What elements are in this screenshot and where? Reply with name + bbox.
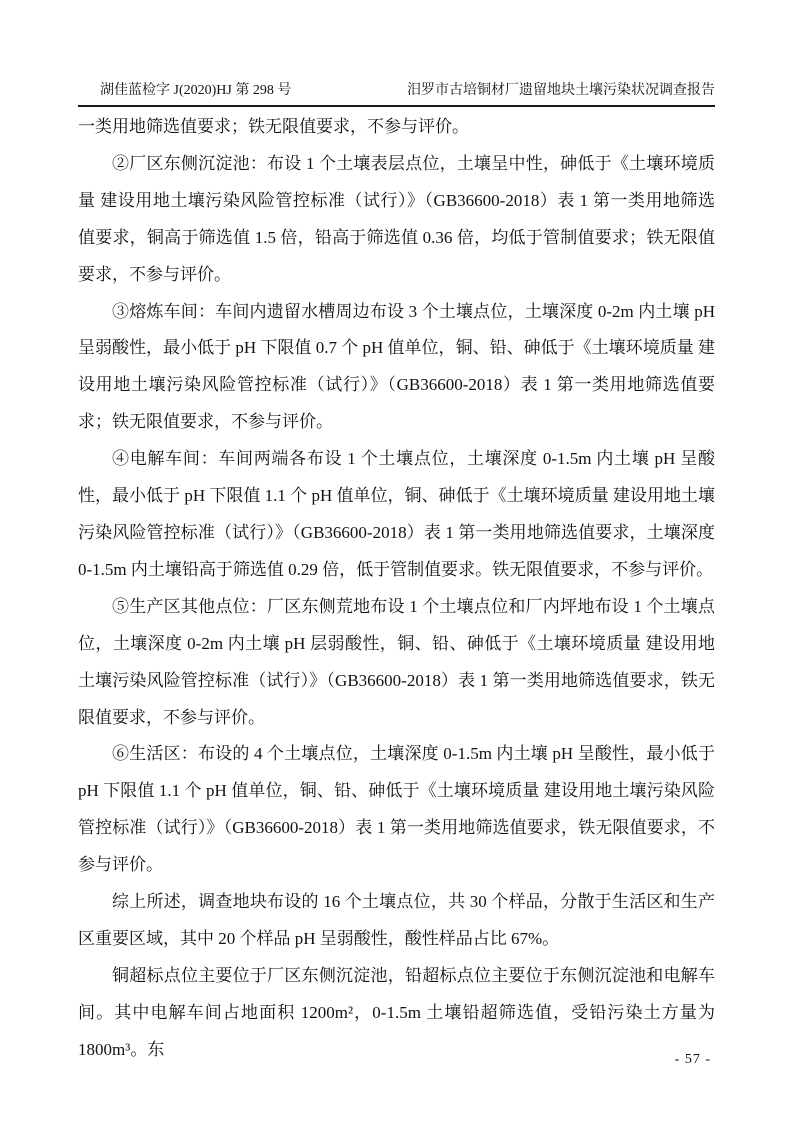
header-report-title: 汨罗市古培铜材厂遗留地块土壤污染状况调查报告 xyxy=(407,82,715,100)
document-page: 湖佳蓝检字 J(2020)HJ 第 298 号 汨罗市古培铜材厂遗留地块土壤污染… xyxy=(0,0,793,1122)
paragraph-exceedance-locations: 铜超标点位主要位于厂区东侧沉淀池，铅超标点位主要位于东侧沉淀池和电解车间。其中电… xyxy=(78,958,715,1069)
paragraph-continuation: 一类用地筛选值要求；铁无限值要求，不参与评价。 xyxy=(78,109,715,146)
paragraph-summary: 综上所述，调查地块布设的 16 个土壤点位，共 30 个样品，分散于生活区和生产… xyxy=(78,884,715,958)
header-document-number: 湖佳蓝检字 J(2020)HJ 第 298 号 xyxy=(100,82,291,100)
paragraph-item-6-living-area: ⑥生活区：布设的 4 个土壤点位，土壤深度 0-1.5m 内土壤 pH 呈酸性，… xyxy=(78,736,715,884)
paragraph-item-3-smelting-workshop: ③熔炼车间：车间内遗留水槽周边布设 3 个土壤点位，土壤深度 0-2m 内土壤 … xyxy=(78,294,715,442)
paragraph-item-4-electrolysis-workshop: ④电解车间：车间两端各布设 1 个土壤点位，土壤深度 0-1.5m 内土壤 pH… xyxy=(78,441,715,589)
paragraph-item-2-east-sedimentation-pond: ②厂区东侧沉淀池：布设 1 个土壤表层点位，土壤呈中性，砷低于《土壤环境质量 建… xyxy=(78,146,715,294)
page-header: 湖佳蓝检字 J(2020)HJ 第 298 号 汨罗市古培铜材厂遗留地块土壤污染… xyxy=(78,82,715,107)
paragraph-item-5-other-production-points: ⑤生产区其他点位：厂区东侧荒地布设 1 个土壤点位和厂内坪地布设 1 个土壤点位… xyxy=(78,589,715,737)
document-body: 一类用地筛选值要求；铁无限值要求，不参与评价。 ②厂区东侧沉淀池：布设 1 个土… xyxy=(78,109,715,1069)
page-number: - 57 - xyxy=(675,1052,711,1068)
